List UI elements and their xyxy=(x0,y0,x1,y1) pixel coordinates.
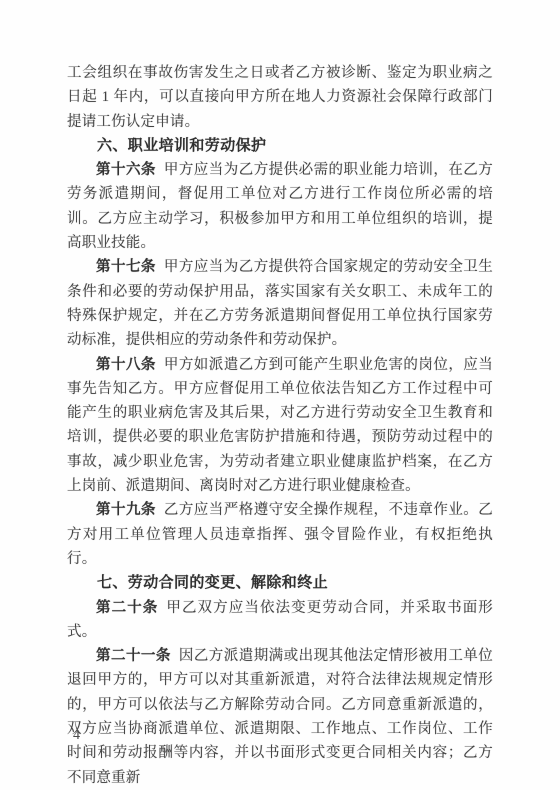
article-16-number: 第十六条 xyxy=(96,162,164,178)
article-21: 第二十一条因乙方派遣期满或出现其他法定情形被用工单位退回甲方的，甲方可以对其重新… xyxy=(67,644,493,790)
article-18-number: 第十八条 xyxy=(96,357,164,373)
page-number: 4 xyxy=(73,726,80,746)
section-heading-7: 七、劳动合同的变更、解除和终止 xyxy=(67,571,493,595)
paragraph-continuation: 工会组织在事故伤害发生之日或者乙方被诊断、鉴定为职业病之日起 1 年内，可以直接… xyxy=(67,61,493,134)
section-heading-6: 六、职业培训和劳动保护 xyxy=(67,134,493,158)
article-18-text: 甲方如派遣乙方到可能产生职业危害的岗位，应当事先告知乙方。甲方应督促用工单位依法… xyxy=(67,357,493,494)
article-21-text: 因乙方派遣期满或出现其他法定情形被用工单位退回甲方的，甲方可以对其重新派遣，对符… xyxy=(67,648,493,785)
document-content: 工会组织在事故伤害发生之日或者乙方被诊断、鉴定为职业病之日起 1 年内，可以直接… xyxy=(67,61,493,790)
article-19: 第十九条乙方应当严格遵守安全操作规程，不违章作业。乙方对用工单位管理人员违章指挥… xyxy=(67,498,493,571)
article-20: 第二十条甲乙双方应当依法变更劳动合同，并采取书面形式。 xyxy=(67,596,493,645)
article-21-number: 第二十一条 xyxy=(96,648,179,664)
article-19-number: 第十九条 xyxy=(96,502,164,518)
article-17-number: 第十七条 xyxy=(96,259,164,275)
article-17: 第十七条甲方应当为乙方提供符合国家规定的劳动安全卫生条件和必要的劳动保护用品，落… xyxy=(67,255,493,352)
article-16: 第十六条甲方应当为乙方提供必需的职业能力培训，在乙方劳务派遣期间，督促用工单位对… xyxy=(67,158,493,255)
article-18: 第十八条甲方如派遣乙方到可能产生职业危害的岗位，应当事先告知乙方。甲方应督促用工… xyxy=(67,353,493,499)
article-20-number: 第二十条 xyxy=(96,600,166,616)
document-page: 工会组织在事故伤害发生之日或者乙方被诊断、鉴定为职业病之日起 1 年内，可以直接… xyxy=(0,0,560,790)
